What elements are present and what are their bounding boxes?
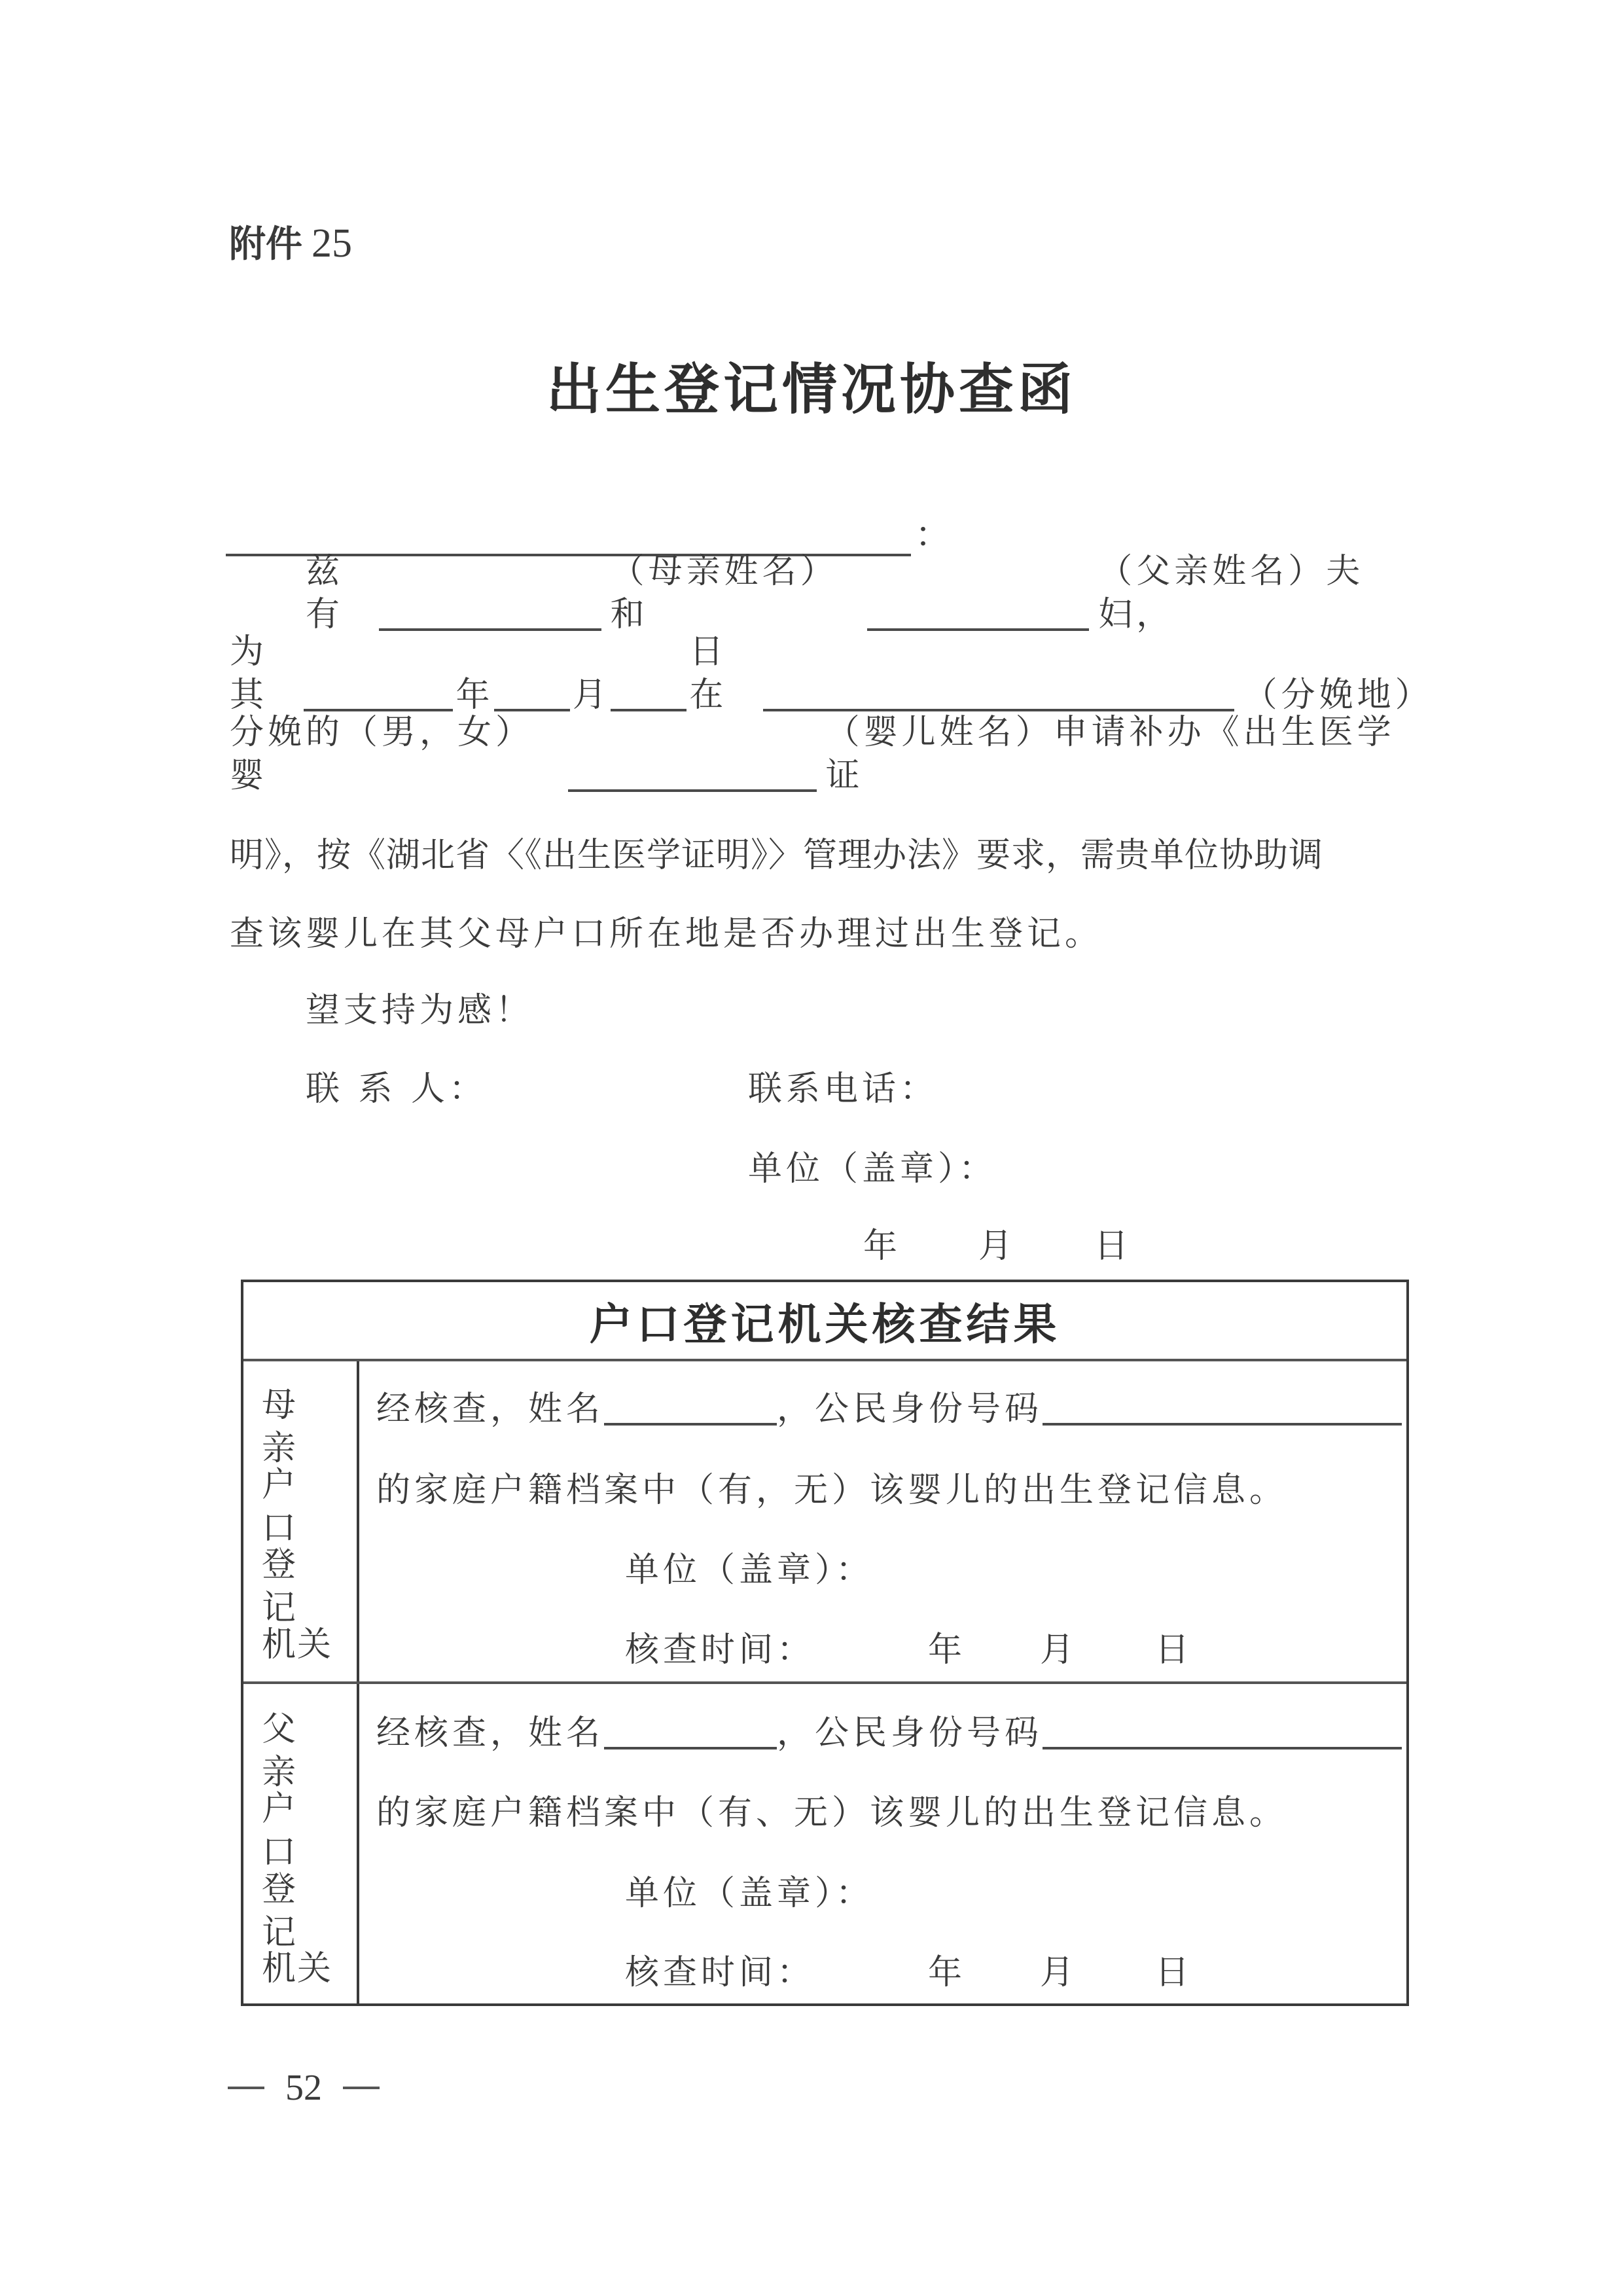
check-day: 日	[1155, 1626, 1193, 1672]
check-day: 日	[1155, 1948, 1193, 1994]
mother-id-number-blank[interactable]	[1043, 1386, 1402, 1426]
label-line: 母 亲	[262, 1384, 357, 1470]
text-segment: 为其	[230, 630, 304, 717]
check-month: 月	[1040, 1948, 1078, 1994]
birth-day-blank[interactable]	[611, 672, 687, 711]
father-check-name-blank[interactable]	[604, 1710, 777, 1749]
thanks-line: 望支持为感！	[306, 986, 533, 1032]
page-title: 出生登记情况协查函	[0, 357, 1623, 422]
annex-label: 附件25	[229, 220, 352, 268]
check-row: 经核查，姓名 ，公民身份号码	[376, 1709, 1402, 1755]
record-text: 的家庭户籍档案中（有、无）该婴儿的出生登记信息。	[376, 1791, 1287, 1835]
record-row: 的家庭户籍档案中（有、无）该婴儿的出生登记信息。	[376, 1789, 1287, 1835]
table-header: 户口登记机关核查结果	[243, 1282, 1406, 1361]
label-line: 机关	[262, 1623, 332, 1666]
section-label: 父 亲 户 口 登 记 机关	[243, 1684, 359, 2003]
body-line-5: 查该婴儿在其父母户口所在地是否办理过出生登记。	[230, 910, 1427, 956]
annex-number: 25	[312, 221, 352, 266]
day-label: 日	[1155, 1951, 1193, 1994]
text-segment: （母亲姓名）和	[611, 550, 867, 636]
body-line-1: 兹有 （母亲姓名）和 （父亲姓名）夫妇，	[306, 590, 1428, 636]
father-registry-section: 父 亲 户 口 登 记 机关 经核查，姓名 ，公民身份号码 的家庭户籍档案中（有…	[243, 1684, 1406, 2003]
contact-phone-row: 联系电话：	[748, 1065, 938, 1111]
mother-registry-section: 母 亲 户 口 登 记 机关 经核查，姓名 ，公民身份号码 的家庭户籍档案中（有…	[243, 1361, 1406, 1684]
check-time-row: 核查时间：	[625, 1626, 815, 1672]
unit-seal-row: 单位（盖章）：	[625, 1546, 874, 1592]
body-line-2: 为其 年 月 日在 （分娩地）	[230, 671, 1427, 717]
page-number-value: 52	[285, 2068, 322, 2108]
text-segment: （婴儿姓名）申请补办《出生医学证	[826, 711, 1427, 797]
result-table: 户口登记机关核查结果 母 亲 户 口 登 记 机关 经核查，姓名 ，公民身份号码…	[241, 1280, 1409, 2006]
unit-seal-label: 单位（盖章）：	[625, 1549, 874, 1592]
label-line: 户 口	[262, 1787, 357, 1874]
father-name-blank[interactable]	[867, 592, 1090, 631]
table-header-title: 户口登记机关核查结果	[590, 1289, 1061, 1352]
check-prefix: 经核查，姓名	[376, 1388, 604, 1431]
record-text: 的家庭户籍档案中（有，无）该婴儿的出生登记信息。	[376, 1469, 1287, 1512]
check-time-row: 核查时间：	[625, 1948, 815, 1994]
year-label: 年	[928, 1951, 966, 1994]
section-body: 经核查，姓名 ，公民身份号码 的家庭户籍档案中（有、无）该婴儿的出生登记信息。 …	[359, 1684, 1406, 2003]
text-segment: （父亲姓名）夫妇，	[1098, 550, 1428, 636]
unit-seal-row: 单位（盖章）：	[625, 1869, 874, 1915]
text-segment: 兹有	[306, 550, 379, 636]
body-line-4: 明》，按《湖北省〈《出生医学证明》〉管理办法》要求，需贵单位协助调	[230, 831, 1427, 877]
mother-name-blank[interactable]	[379, 592, 601, 631]
check-prefix: 经核查，姓名	[376, 1712, 604, 1755]
check-year: 年	[928, 1948, 966, 1994]
day-label: 日	[1155, 1628, 1193, 1672]
id-label: ，公民身份号码	[777, 1712, 1043, 1755]
addressee-colon: ：	[915, 513, 950, 556]
text-segment: 明》，按《湖北省〈《出生医学证明》〉管理办法》要求，需贵单位协助调	[230, 834, 1323, 877]
record-row: 的家庭户籍档案中（有，无）该婴儿的出生登记信息。	[376, 1466, 1287, 1512]
id-label: ，公民身份号码	[777, 1388, 1043, 1431]
body-line-3: 分娩的（男，女）婴 （婴儿姓名）申请补办《出生医学证	[230, 751, 1427, 797]
text-segment: 月	[573, 673, 611, 717]
dash-left	[228, 2087, 264, 2089]
unit-seal-label: 单位（盖章）：	[748, 1147, 997, 1191]
mother-check-name-blank[interactable]	[604, 1386, 777, 1426]
text-segment: 查该婴儿在其父母户口所在地是否办理过出生登记。	[230, 912, 1103, 956]
date-day: 日	[1094, 1225, 1132, 1268]
label-line: 机关	[262, 1947, 332, 1990]
delivery-place-blank[interactable]	[763, 672, 1234, 711]
check-year: 年	[928, 1626, 966, 1672]
label-line: 父 亲	[262, 1708, 357, 1794]
dash-right	[343, 2087, 380, 2089]
date-year: 年	[863, 1225, 901, 1268]
annex-text: 附件	[229, 223, 302, 266]
label-line: 户 口	[262, 1463, 357, 1550]
contact-phone-label: 联系电话：	[748, 1067, 938, 1111]
year-label: 年	[928, 1628, 966, 1672]
check-time-label: 核查时间：	[625, 1628, 815, 1672]
birth-year-blank[interactable]	[304, 672, 454, 711]
text-segment: 日在	[689, 630, 763, 717]
text-segment: 分娩的（男，女）婴	[230, 711, 568, 797]
page-number: 52	[228, 2068, 380, 2108]
check-time-label: 核查时间：	[625, 1951, 815, 1994]
label-line: 登 记	[262, 1543, 357, 1630]
father-id-number-blank[interactable]	[1043, 1710, 1402, 1749]
thanks-text: 望支持为感！	[306, 989, 533, 1032]
date-month: 月	[978, 1225, 1016, 1268]
section-label: 母 亲 户 口 登 记 机关	[243, 1361, 359, 1681]
section-body: 经核查，姓名 ，公民身份号码 的家庭户籍档案中（有，无）该婴儿的出生登记信息。 …	[359, 1361, 1406, 1681]
contact-person-row: 联 系 人：	[306, 1065, 487, 1111]
month-label: 月	[1040, 1628, 1078, 1672]
birth-month-blank[interactable]	[494, 672, 570, 711]
contact-person-label: 联 系 人：	[306, 1067, 487, 1111]
unit-seal-row: 单位（盖章）：	[748, 1145, 997, 1191]
check-row: 经核查，姓名 ，公民身份号码	[376, 1385, 1402, 1431]
month-label: 月	[1040, 1951, 1078, 1994]
baby-name-blank[interactable]	[568, 753, 816, 792]
label-line: 登 记	[262, 1868, 357, 1954]
check-month: 月	[1040, 1626, 1078, 1672]
unit-seal-label: 单位（盖章）：	[625, 1872, 874, 1915]
